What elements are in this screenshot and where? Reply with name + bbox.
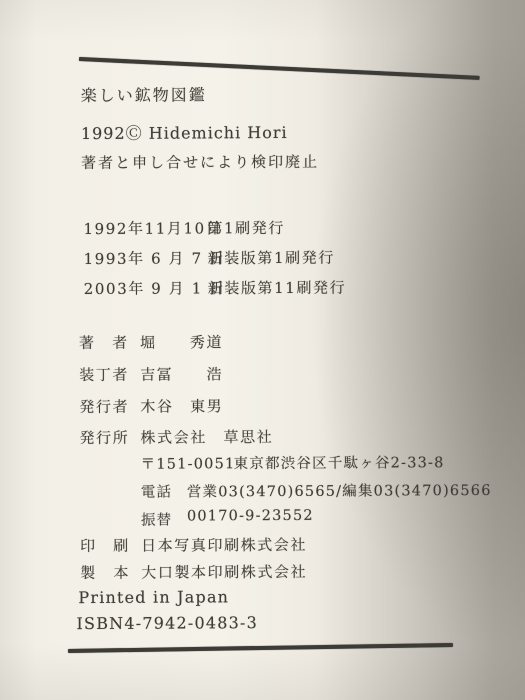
- production-role: 印 刷: [80, 535, 141, 556]
- edition-label: 第1刷発行: [207, 217, 285, 238]
- production-company: 大口製本印刷株式会社: [141, 561, 307, 583]
- postal-code: 〒151-0051: [141, 452, 234, 473]
- credit-row-author: 著 者 堀 秀道: [79, 331, 223, 353]
- credit-name: 株式会社 草思社: [140, 426, 273, 448]
- isbn-number: ISBN4-7942-0483-3: [76, 613, 258, 633]
- credit-role: 発行所: [79, 427, 140, 448]
- transfer-label: 振替: [141, 508, 187, 529]
- credit-name: 吉冨 浩: [140, 363, 223, 384]
- credit-role: 発行者: [79, 396, 140, 417]
- edition-row: 1992年11月10日 第1刷発行: [83, 217, 285, 239]
- copyright-note: 著者と申し合せにより検印廃止: [81, 151, 319, 173]
- credit-row-publisher-person: 発行者 木谷 東男: [79, 395, 223, 417]
- credit-name: 堀 秀道: [140, 331, 223, 352]
- edition-row: 1993年 6 月 7 日 新装版第1刷発行: [84, 247, 335, 269]
- printer-row: 印 刷 日本写真印刷株式会社: [80, 534, 307, 556]
- edition-label: 新装版第1刷発行: [208, 247, 335, 269]
- credit-name: 木谷 東男: [140, 395, 223, 416]
- publisher-address-row: 〒151-0051 東京都渋谷区千駄ヶ谷2-33-8: [141, 451, 445, 474]
- credit-row-publisher-company: 発行所 株式会社 草思社: [79, 426, 273, 448]
- production-role: 製 本: [80, 562, 141, 583]
- edition-date: 1993年 6 月 7 日: [84, 247, 208, 269]
- copyright-notice: 1992Ⓒ Hidemichi Hori: [81, 120, 288, 144]
- production-company: 日本写真印刷株式会社: [141, 534, 307, 556]
- phone-numbers: 営業03(3470)6565/編集03(3470)6566: [187, 479, 492, 502]
- credit-row-designer: 装丁者 吉冨 浩: [79, 363, 223, 385]
- edition-row: 2003年 9 月 1 日 新装版第11刷発行: [84, 277, 347, 299]
- transfer-number: 00170-9-23552: [187, 508, 314, 530]
- credit-role: 著 者: [79, 332, 140, 353]
- edition-label: 新装版第11刷発行: [208, 277, 347, 299]
- credit-role: 装丁者: [79, 364, 140, 385]
- phone-label: 電話: [141, 480, 187, 501]
- book-title: 楽しい鉱物図鑑: [81, 82, 207, 106]
- address: 東京都渋谷区千駄ヶ谷2-33-8: [234, 451, 445, 473]
- binder-row: 製 本 大口製本印刷株式会社: [80, 561, 307, 583]
- colophon-page: 楽しい鉱物図鑑 1992Ⓒ Hidemichi Hori 著者と申し合せにより検…: [0, 0, 525, 700]
- publisher-phone-row: 電話 営業03(3470)6565/編集03(3470)6566: [141, 479, 492, 502]
- edition-date: 1992年11月10日: [83, 217, 207, 239]
- edition-date: 2003年 9 月 1 日: [84, 277, 208, 299]
- printed-in-japan: Printed in Japan: [78, 587, 229, 607]
- postal-transfer-row: 振替 00170-9-23552: [141, 508, 314, 530]
